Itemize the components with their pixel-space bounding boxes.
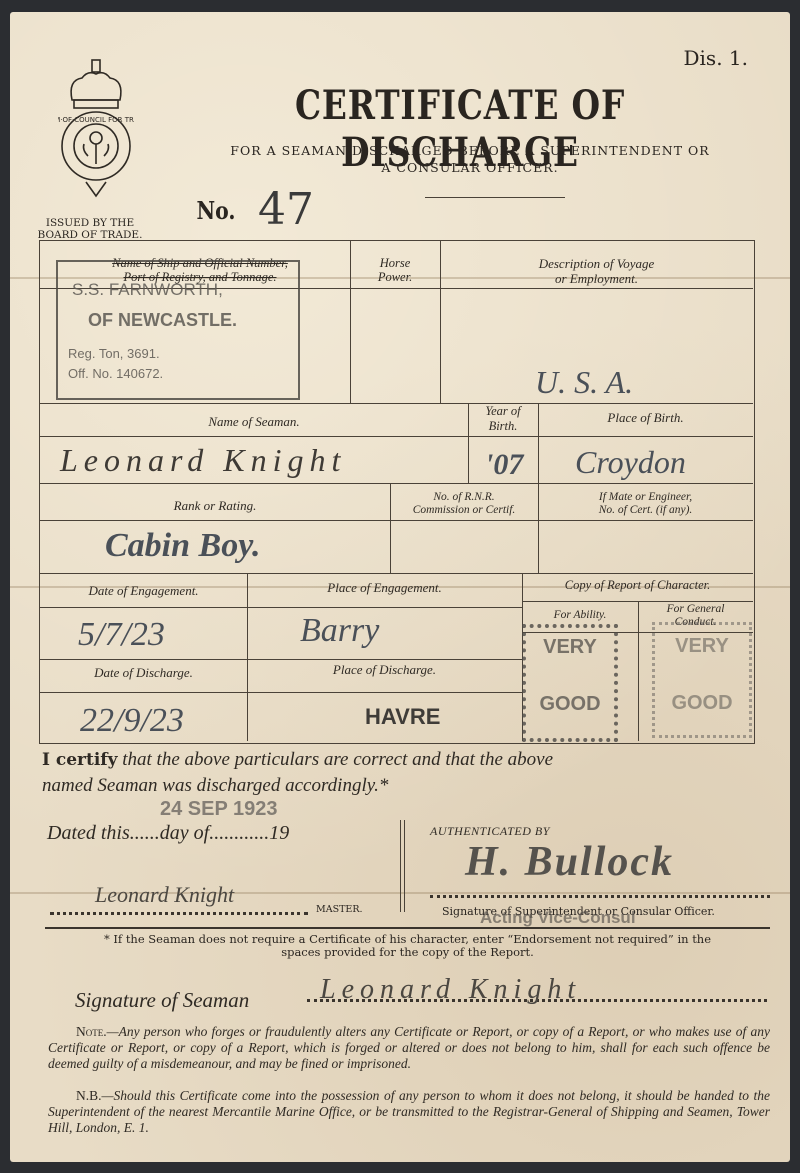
horse-power-header: Horse Power. [350, 256, 440, 284]
rnr-header: No. of R.N.R. Commission or Certif. [390, 491, 538, 517]
ability-header: For Ability. [522, 609, 638, 621]
certificate-paper: Dis. 1. COM·OF·COUNCIL FOR TRADE ISSUED … [10, 12, 790, 1162]
date-discharge-header: Date of Discharge. [40, 665, 247, 681]
date-engagement-header: Date of Engagement. [40, 583, 247, 599]
conduct-stamp: VERY GOOD [652, 622, 752, 738]
dated-this-field: Dated this......day of............19 [47, 822, 289, 845]
seaman-signature-label: Signature of Seaman [75, 988, 249, 1013]
voyage-header: Description of Voyage or Employment. [440, 256, 753, 286]
official-signature-line [430, 895, 770, 898]
forgery-note: Note.—Any person who forges or fraudulen… [48, 1024, 770, 1072]
year-of-birth-value: '07 [485, 448, 523, 482]
mate-cert-header: If Mate or Engineer, No. of Cert. (if an… [538, 491, 753, 517]
seaman-name-header: Name of Seaman. [40, 414, 468, 430]
authenticated-label: AUTHENTICATED BY [430, 824, 550, 839]
master-signature: Leonard Knight [95, 882, 234, 908]
year-of-birth-header: Year of Birth. [468, 404, 538, 434]
subtitle: FOR A SEAMAN DISCHARGED BEFORE A SUPERIN… [190, 142, 750, 176]
form-code: Dis. 1. [684, 46, 749, 70]
board-of-trade-crest-icon: COM·OF·COUNCIL FOR TRADE [58, 56, 134, 202]
number-label: No. [196, 196, 235, 225]
rank-value: Cabin Boy. [105, 527, 261, 565]
place-engagement-header: Place of Engagement. [247, 580, 522, 596]
rank-header: Rank or Rating. [40, 498, 390, 514]
report-character-header: Copy of Report of Character. [522, 578, 753, 593]
footnote: * If the Seaman does not require a Certi… [45, 933, 770, 959]
voyage-value: U. S. A. [535, 364, 633, 401]
issued-by-label: ISSUED BY THE BOARD OF TRADE. [30, 217, 150, 241]
master-signature-line [50, 912, 308, 915]
place-discharge-header: Place of Discharge. [247, 662, 522, 678]
master-label: MASTER. [316, 904, 363, 915]
vice-consul-stamp: Acting Vice-Consul [480, 908, 636, 928]
svg-text:COM·OF·COUNCIL FOR TRADE: COM·OF·COUNCIL FOR TRADE [58, 116, 134, 124]
ship-registry-stamp: S.S. FARNWORTH, OF NEWCASTLE. Reg. Ton, … [56, 260, 300, 400]
date-discharge-value: 22/9/23 [80, 702, 184, 740]
title-rule [425, 197, 565, 198]
place-engagement-value: Barry [300, 612, 379, 650]
certification-statement: I certify that the above particulars are… [42, 747, 762, 799]
certificate-number: 47 [258, 184, 314, 235]
date-stamp: 24 SEP 1923 [160, 798, 278, 821]
section-divider [45, 927, 770, 929]
date-engagement-value: 5/7/23 [78, 616, 165, 654]
place-of-birth-header: Place of Birth. [538, 410, 753, 426]
seaman-name-value: Leonard Knight [60, 442, 346, 479]
official-signature: H. Bullock [465, 838, 674, 886]
place-discharge-stamp: HAVRE [365, 704, 440, 730]
nb-note: N.B.—Should this Certificate come into t… [48, 1088, 770, 1136]
place-of-birth-value: Croydon [575, 444, 686, 481]
seaman-signature-value: Leonard Knight [320, 974, 581, 1006]
ability-stamp: VERY GOOD [522, 624, 618, 742]
horse-power-value [350, 302, 440, 392]
